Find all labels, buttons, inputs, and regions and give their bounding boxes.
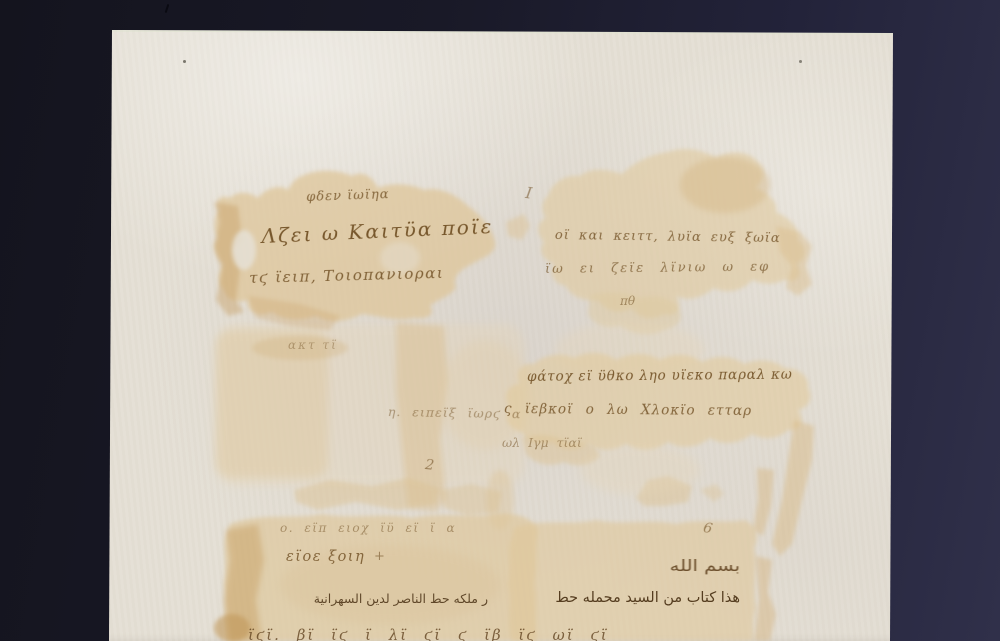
fragment-top-right-left-bit bbox=[506, 214, 530, 240]
handwriting-cross-mark: + bbox=[374, 549, 385, 564]
handwriting-line-arabic: ر ملكه حط الناصر لدين السهرانية bbox=[334, 591, 488, 606]
fragment-lower-left-blotch bbox=[214, 614, 250, 641]
handwriting-line-greek: οϊ και κειττ, λυϊα ευξ ξωϊα bbox=[555, 228, 781, 246]
handwriting-line-greek: ϊω ει ζεϊε λϊνιω ω εφ bbox=[545, 260, 770, 277]
fragment-lower-right-bit2 bbox=[700, 484, 724, 502]
handwriting-line-greek: εϊοε ξοιη bbox=[286, 549, 365, 565]
fragment-lower-right bbox=[508, 520, 757, 641]
handwriting-line-greek: πθ bbox=[620, 294, 635, 308]
handwriting-line-faded: η. ειπεϊξ ϊωρϛ α bbox=[388, 404, 522, 421]
handwriting-line-greek: φδεν ϊωϊηα bbox=[306, 187, 390, 205]
handwriting-line-greek: φάτοχ εϊ ϋθκο ληο υϊεκο παραλ κω bbox=[527, 367, 793, 385]
handwriting-line-arabic-basmala: بسم الله bbox=[557, 556, 740, 575]
fragment-lower-right-wash bbox=[580, 445, 700, 495]
handwriting-line-arabic: هذا كتاب من السيد محمله حط bbox=[514, 590, 740, 606]
handwriting-numeral: 2 bbox=[424, 457, 435, 474]
handwriting-line-cropped: ϊϛϊ. βϊ ϊϛ ϊ λϊ ϛϊ ϛ ϊβ ϊϛ ωϊ ϛϊ bbox=[248, 626, 609, 641]
photograph: φδεν ϊωϊηα Λζει ω Καιτϋα ποϊε τϛ ϊειπ, Τ… bbox=[0, 0, 1000, 641]
dust-speck bbox=[183, 60, 186, 63]
handwriting-line-greek: ς ϊεβκοϊ ο λω Χλοκϊο ετταρ bbox=[504, 401, 752, 419]
fragment-top-right-stain bbox=[680, 157, 770, 213]
fragment-shapes-layer bbox=[0, 0, 1000, 641]
fragment-right-margin-strip bbox=[772, 420, 814, 556]
handwriting-line-faded: ακτ τϊ bbox=[288, 338, 338, 352]
handwriting-line-faded: ωλ Ιγμ τϊαϊ bbox=[502, 435, 582, 450]
fragment-top-left-gap bbox=[232, 230, 256, 270]
handwriting-line-faded: ο. εϊπ ειοχ ϊϋ εϊ ϊ α bbox=[280, 521, 456, 535]
fragment-right-strip-upper bbox=[753, 468, 774, 536]
dust-speck bbox=[799, 60, 802, 63]
fragment-right-strip-lower bbox=[754, 556, 776, 641]
paper-top-edge-highlight bbox=[112, 31, 893, 34]
